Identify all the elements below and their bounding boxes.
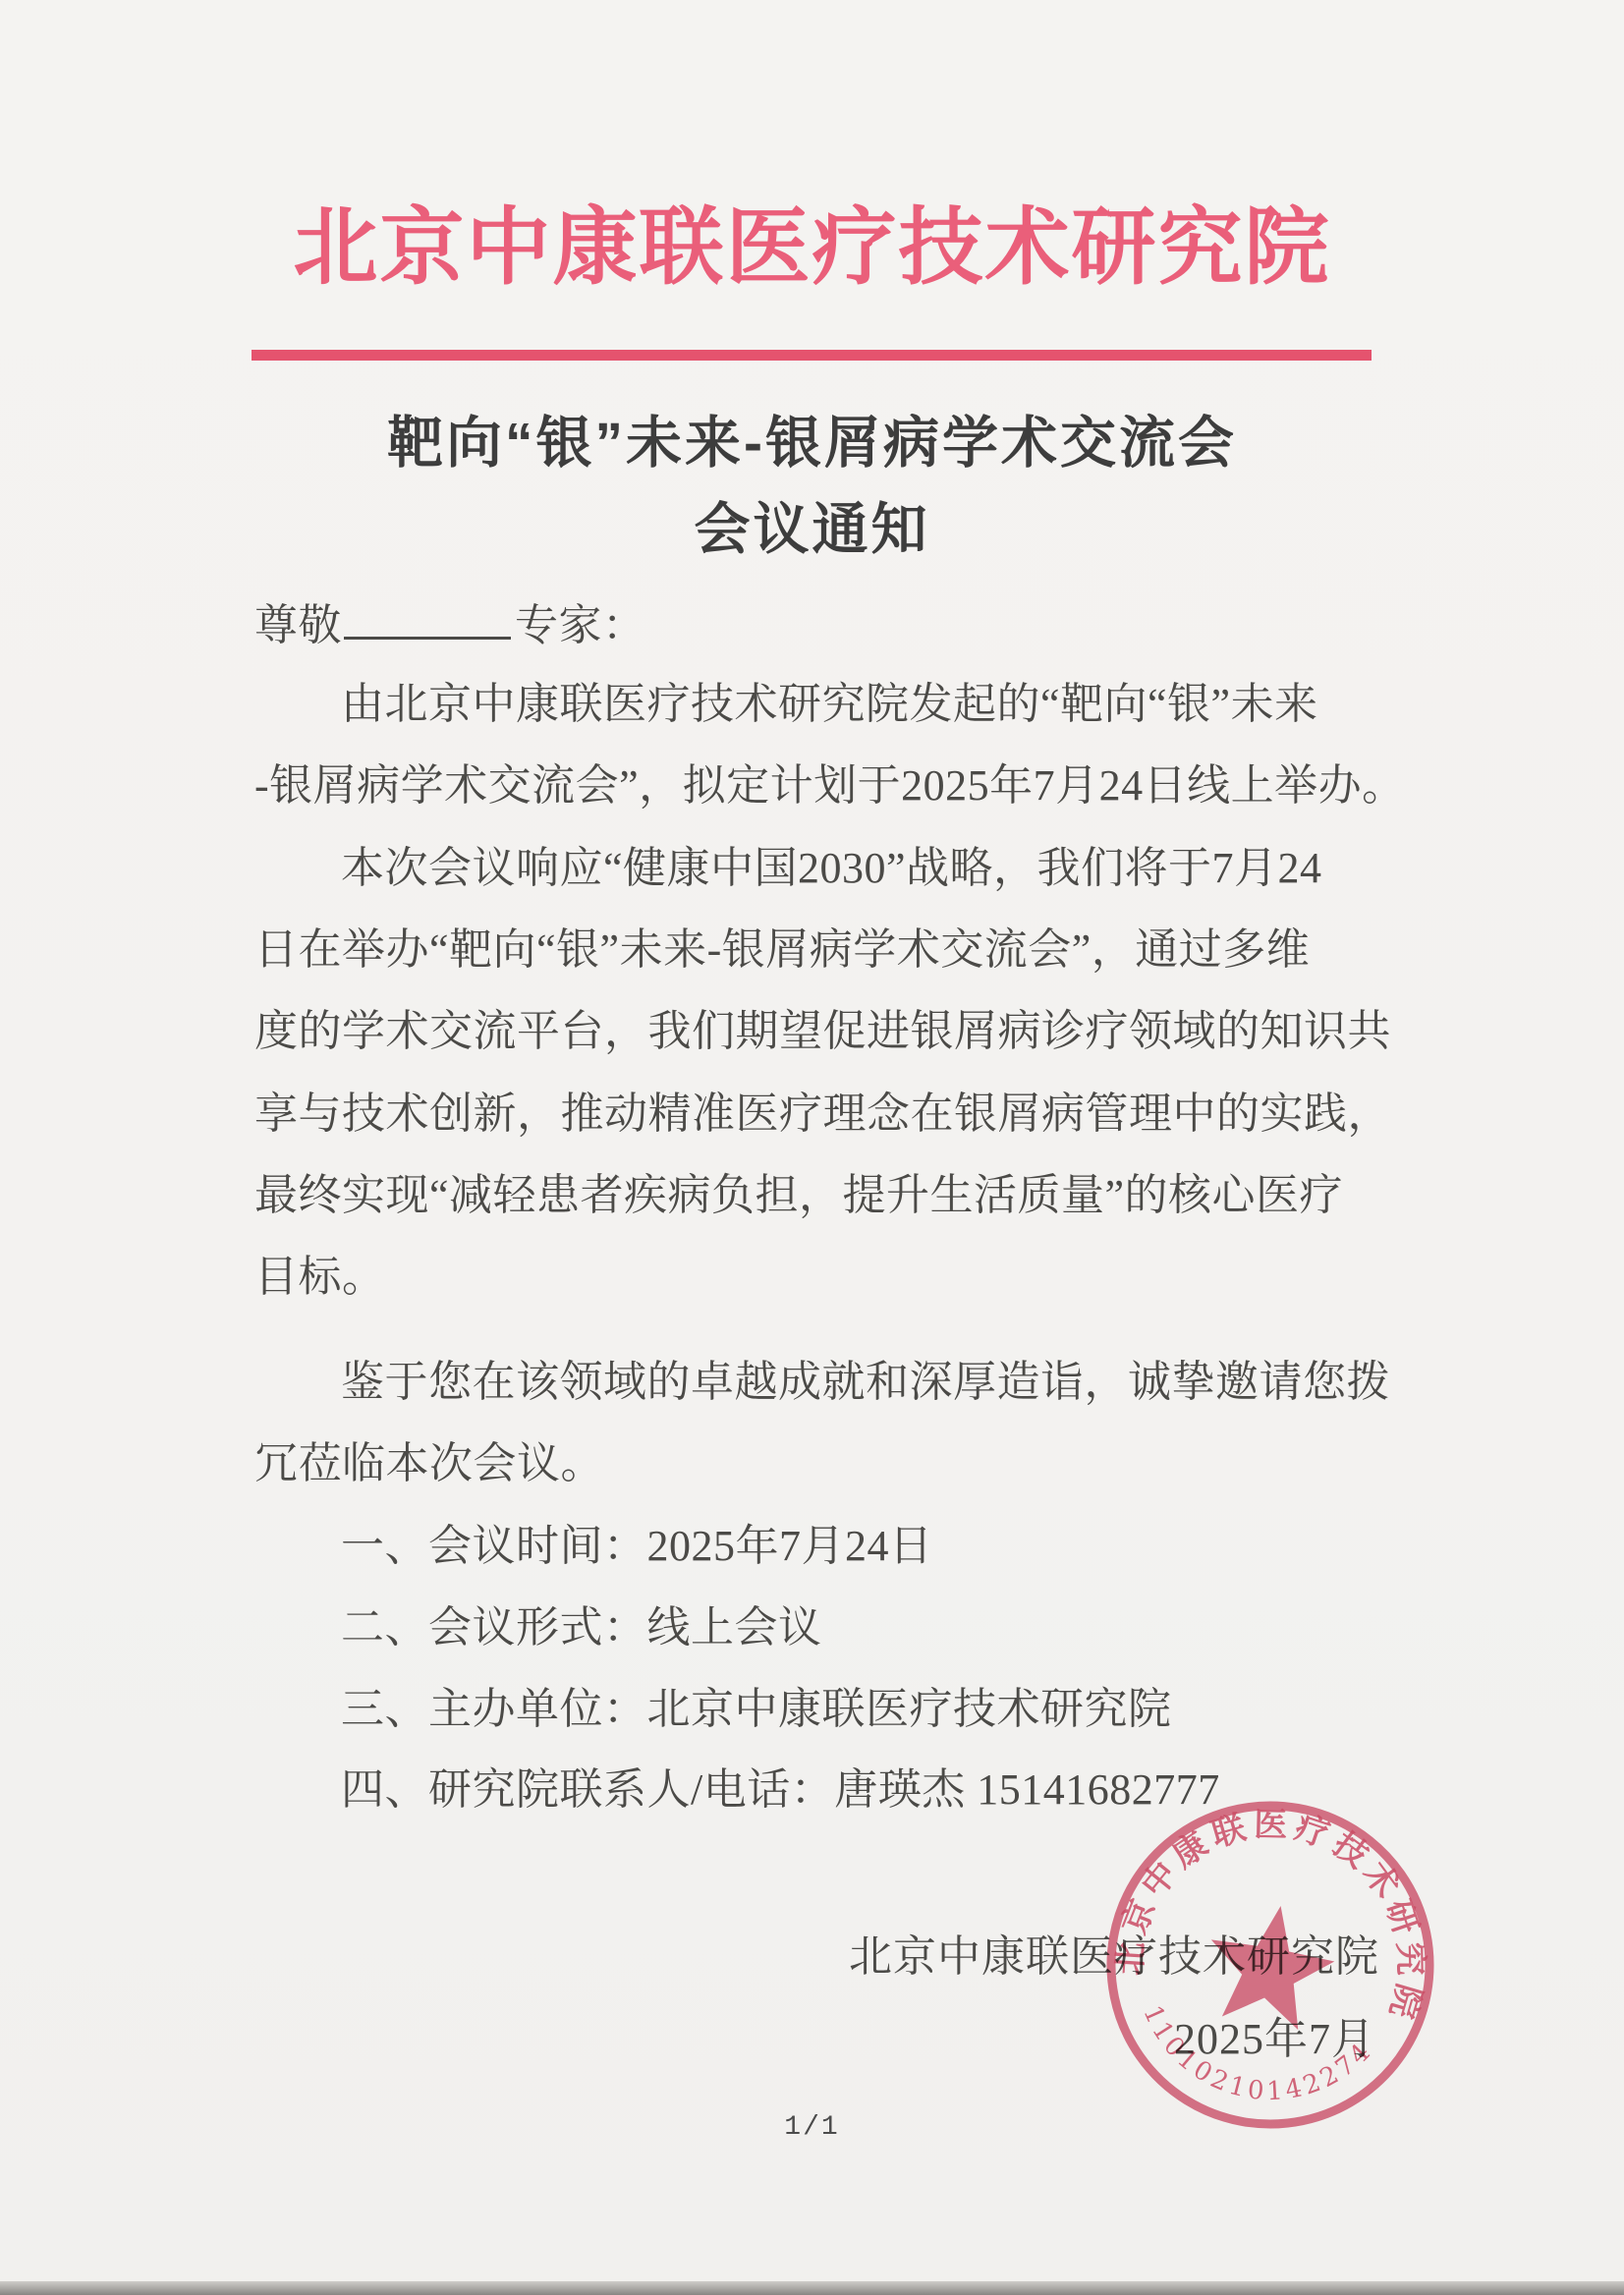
letterhead-org-name: 北京中康联医疗技术研究院: [0, 198, 1624, 297]
body-line: -银屑病学术交流会”，拟定计划于2025年7月24日线上举办。: [254, 758, 1394, 813]
greeting-prefix: 尊敬: [254, 601, 342, 649]
document-title-line1: 靶向“银”未来-银屑病学术交流会: [0, 411, 1624, 476]
list-item-meeting-format: 二、会议形式：线上会议: [254, 1600, 1481, 1655]
list-item-contact-phone: 四、研究院联系人/电话：唐瑛杰 15141682777: [254, 1763, 1481, 1818]
document-title-line2: 会议通知: [0, 497, 1624, 562]
list-item-meeting-time: 一、会议时间：2025年7月24日: [254, 1519, 1481, 1574]
signature-org-name: 北京中康联医疗技术研究院: [849, 1930, 1379, 1985]
greeting-blank-underline: [344, 595, 511, 640]
body-line: 享与技术创新，推动精准医疗理念在银屑病管理中的实践，: [254, 1087, 1394, 1142]
body-line: 最终实现“减轻患者疾病负担，提升生活质量”的核心医疗: [254, 1168, 1394, 1223]
scan-bottom-edge: [0, 2281, 1624, 2295]
body-line: 目标。: [254, 1250, 1394, 1305]
body-line: 鉴于您在该领域的卓越成就和深厚造诣，诚挚邀请您拨: [254, 1355, 1481, 1410]
signature-date: 2025年7月: [1174, 2012, 1375, 2067]
letterhead-divider: [252, 350, 1372, 361]
body-line: 日在举办“靶向“银”未来-银屑病学术交流会”，通过多维: [254, 923, 1394, 978]
greeting-line: 尊敬专家：: [254, 595, 1394, 653]
scanned-document-page: 北京中康联医疗技术研究院 靶向“银”未来-银屑病学术交流会 会议通知 尊敬专家：…: [0, 0, 1624, 2295]
body-line: 度的学术交流平台，我们期望促进银屑病诊疗领域的知识共: [254, 1004, 1394, 1059]
greeting-suffix: 专家：: [515, 601, 646, 649]
page-number: 1/1: [0, 2112, 1624, 2143]
body-line: 由北京中康联医疗技术研究院发起的“靶向“银”未来: [254, 677, 1481, 732]
body-line: 本次会议响应“健康中国2030”战略，我们将于7月24: [254, 841, 1481, 896]
body-line: 冗莅临本次会议。: [254, 1436, 1394, 1491]
list-item-host-org: 三、主办单位：北京中康联医疗技术研究院: [254, 1682, 1481, 1737]
